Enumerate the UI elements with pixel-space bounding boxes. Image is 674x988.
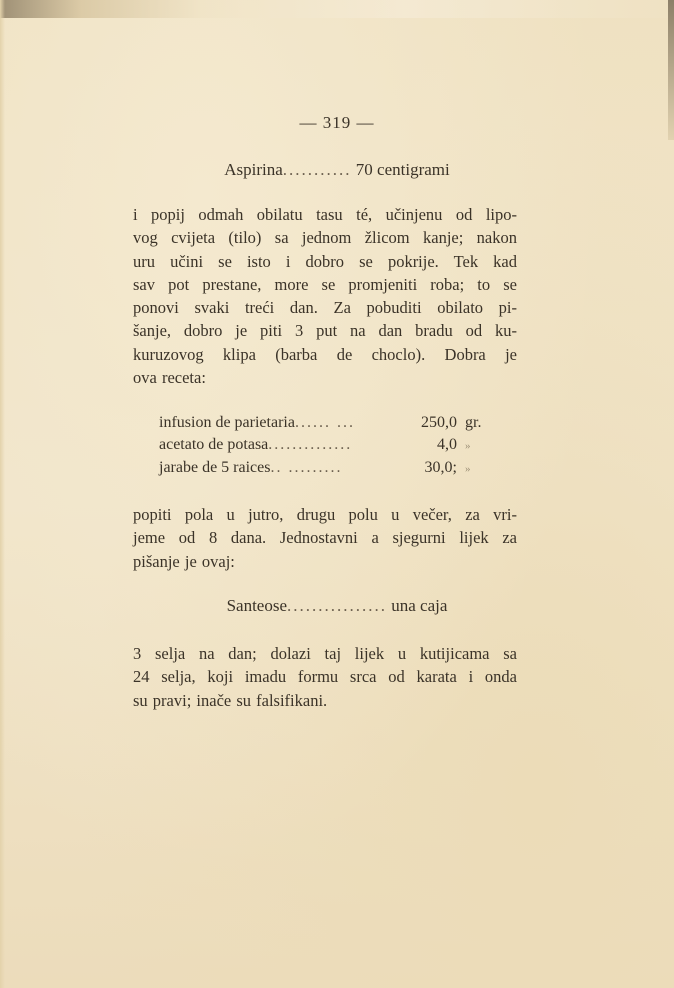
page-left-edge	[0, 0, 5, 988]
paragraph-2: popiti pola u jutro, drugu polu u večer,…	[133, 503, 517, 573]
recipe-item: acetato de potasa .............. 4,0 »	[159, 434, 499, 458]
prescription-aspirina: Aspirina........... 70 centigrami	[0, 160, 674, 180]
ingredient-qty: 30,0;	[405, 457, 457, 479]
prescription-amount: 70 centigrami	[356, 160, 450, 179]
ingredient-qty: 4,0	[405, 434, 457, 456]
text-line: sav pot prestane, more se promjeniti rob…	[133, 273, 517, 296]
text-line: ponovi svaki treći dan. Za pobuditi obil…	[133, 296, 517, 319]
leader-dots: ...... ...	[295, 412, 405, 434]
ingredient-unit: gr.	[457, 412, 499, 434]
page-top-shadow	[0, 0, 674, 18]
recipe-item: jarabe de 5 raices .. ......... 30,0; »	[159, 457, 499, 481]
prescription-amount: una caja	[391, 596, 447, 615]
paragraph-1: i popij odmah obilatu tasu té, učinjenu …	[133, 203, 517, 389]
text-line: kuruzovog klipa (barba de choclo). Dobra…	[133, 343, 517, 366]
prescription-santeose: Santeose................ una caja	[0, 596, 674, 616]
ingredient-name: acetato de potasa	[159, 434, 268, 456]
text-line: vog cvijeta (tilo) sa jednom žlicom kanj…	[133, 226, 517, 249]
recipe-list: infusion de parietaria ...... ... 250,0 …	[159, 412, 499, 481]
ingredient-qty: 250,0	[405, 412, 457, 434]
text-line: pišanje je ovaj:	[133, 550, 517, 573]
text-line: su pravi; inače su falsifikani.	[133, 689, 517, 712]
scanned-page: — 319 — Aspirina........... 70 centigram…	[0, 0, 674, 988]
text-line: 3 selja na dan; dolazi taj lijek u kutij…	[133, 642, 517, 665]
text-line: šanje, dobro je piti 3 put na dan bradu …	[133, 319, 517, 342]
text-line: popiti pola u jutro, drugu polu u večer,…	[133, 503, 517, 526]
text-line: uru učini se isto i dobro se pokrije. Te…	[133, 250, 517, 273]
text-line: jeme od 8 dana. Jednostavni a sjegurni l…	[133, 526, 517, 549]
text-line: ova receta:	[133, 366, 517, 389]
leader-dots: ...........	[283, 160, 352, 179]
ingredient-name: infusion de parietaria	[159, 412, 295, 434]
leader-dots: .. .........	[270, 457, 405, 479]
prescription-name: Aspirina	[224, 160, 283, 179]
paragraph-3: 3 selja na dan; dolazi taj lijek u kutij…	[133, 642, 517, 712]
text-line: 24 selja, koji imadu formu srca od karat…	[133, 665, 517, 688]
leader-dots: ................	[287, 596, 387, 615]
prescription-name: Santeose	[227, 596, 287, 615]
recipe-item: infusion de parietaria ...... ... 250,0 …	[159, 412, 499, 434]
leader-dots: ..............	[268, 434, 405, 456]
ditto-mark: »	[457, 459, 499, 481]
ingredient-name: jarabe de 5 raices	[159, 457, 270, 479]
text-line: i popij odmah obilatu tasu té, učinjenu …	[133, 203, 517, 226]
page-number: — 319 —	[0, 113, 674, 133]
ditto-mark: »	[457, 436, 499, 458]
